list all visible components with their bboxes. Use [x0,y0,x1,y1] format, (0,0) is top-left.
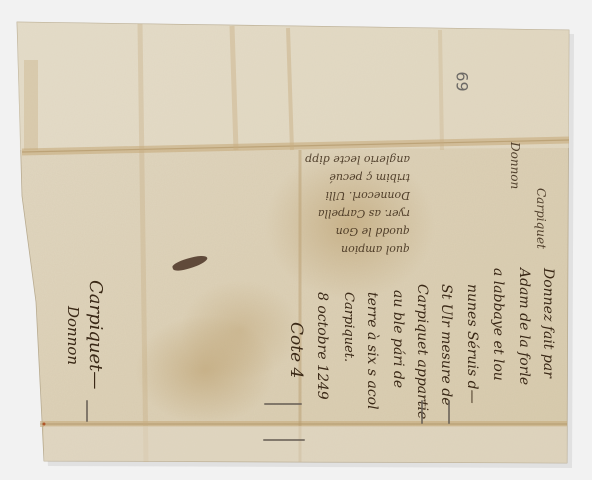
cote-line: Cote 4 [286,322,306,378]
body-line: nunes Séruis d— [464,284,480,404]
body-line: terre à six s acol [364,292,380,410]
date-line: 8 octobre 1249 [314,292,330,400]
left-annotation-2: Donnon [64,306,82,365]
ruling-stroke [448,400,450,424]
inverted-line: Donnecorl. Ulli [286,186,410,204]
body-line: au ble pári de [390,290,406,388]
inverted-line: quol ampion [286,240,410,258]
body-line: a labbaye et lou [490,268,506,381]
heading-annotation-2: Donnon [508,142,522,189]
body-line: Carpiquet. [341,292,356,362]
body-line: Donnez fait par [540,268,556,378]
ruling-stroke [421,400,423,424]
left-annotation-1: Carpiquet— [85,280,106,389]
folio-number: 69 [453,71,472,91]
inverted-line: tribim ç pecué [286,168,410,186]
document-viewer: 69 Carpiquet Donnon Donnez fait par Adam… [0,0,592,480]
body-line: Carpiquet appartie [414,284,430,419]
heading-line: Donnon [508,142,522,189]
heading-annotation: Carpiquet [534,188,548,249]
left-annotation-line: Donnon [64,306,82,365]
inverted-line: anglerio lecte dipp [286,150,410,168]
ruling-stroke [86,400,88,422]
cote-text: Cote 4 [286,322,306,378]
date-text: 8 octobre 1249 [314,292,330,400]
pencil-mark [264,403,302,405]
inverted-line: ryer. as Carpella [286,204,410,222]
pencil-mark [263,439,305,441]
left-annotation-line: Carpiquet— [85,280,106,389]
body-line: Adam de la forle [516,268,532,385]
heading-line: Carpiquet [534,188,548,249]
body-line: St Ulr mesure de [438,284,454,406]
inverted-line: quodd le Gon [286,222,410,240]
